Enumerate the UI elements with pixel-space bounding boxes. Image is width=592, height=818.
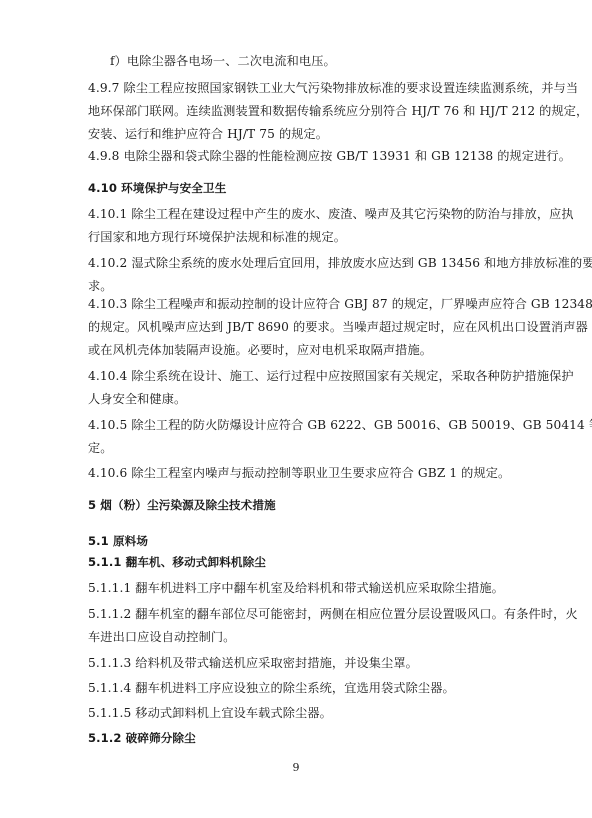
page-number: 9: [0, 761, 592, 774]
paragraph-line: f）电除尘器各电场一、二次电流和电压。: [110, 53, 336, 69]
paragraph-line: 车进出口应设自动控制门。: [88, 629, 235, 645]
section-heading: 5 烟（粉）尘污染源及除尘技术措施: [88, 497, 276, 513]
paragraph-line: 地环保部门联网。连续监测装置和数据传输系统应分别符合 HJ/T 76 和 HJ/…: [88, 103, 588, 119]
paragraph-line: 4.10.4 除尘系统在设计、施工、运行过程中应按照国家有关规定，采取各种防护措…: [88, 368, 574, 384]
paragraph-line: 4.10.3 除尘工程噪声和振动控制的设计应符合 GBJ 87 的规定，厂界噪声…: [88, 296, 592, 312]
paragraph-line: 安装、运行和维护应符合 HJ/T 75 的规定。: [88, 126, 328, 142]
paragraph-line: 行国家和地方现行环境保护法规和标准的规定。: [88, 229, 346, 245]
section-heading: 5.1.2 破碎筛分除尘: [88, 730, 196, 746]
paragraph-line: 4.10.5 除尘工程的防火防爆设计应符合 GB 6222、GB 50016、G…: [88, 417, 592, 433]
paragraph-line: 4.9.8 电除尘器和袋式除尘器的性能检测应按 GB/T 13931 和 GB …: [88, 148, 571, 164]
paragraph-line: 人身安全和健康。: [88, 391, 186, 407]
section-heading: 5.1 原料场: [88, 533, 148, 549]
paragraph-line: 求。: [88, 278, 113, 294]
paragraph-line: 的规定。风机噪声应达到 JB/T 8690 的要求。当噪声超过规定时，应在风机出…: [88, 319, 588, 335]
paragraph-line: 4.9.7 除尘工程应按照国家钢铁工业大气污染物排放标准的要求设置连续监测系统，…: [88, 80, 578, 96]
paragraph-line: 或在风机壳体加装隔声设施。必要时，应对电机采取隔声措施。: [88, 342, 432, 358]
paragraph-line: 4.10.6 除尘工程室内噪声与振动控制等职业卫生要求应符合 GBZ 1 的规定…: [88, 465, 510, 481]
paragraph-line: 4.10.2 湿式除尘系统的废水处理后宜回用，排放废水应达到 GB 13456 …: [88, 255, 592, 271]
paragraph-line: 4.10.1 除尘工程在建设过程中产生的废水、废渣、噪声及其它污染物的防治与排放…: [88, 206, 574, 222]
paragraph-line: 5.1.1.2 翻车机室的翻车部位尽可能密封，两侧在相应位置分层设置吸风口。有条…: [88, 606, 578, 622]
section-heading: 4.10 环境保护与安全卫生: [88, 180, 226, 196]
document-page: f）电除尘器各电场一、二次电流和电压。4.9.7 除尘工程应按照国家钢铁工业大气…: [0, 0, 592, 818]
paragraph-line: 5.1.1.1 翻车机进料工序中翻车机室及给料机和带式输送机应采取除尘措施。: [88, 580, 504, 596]
paragraph-line: 5.1.1.5 移动式卸料机上宜设车载式除尘器。: [88, 705, 332, 721]
section-heading: 5.1.1 翻车机、移动式卸料机除尘: [88, 554, 266, 570]
paragraph-line: 5.1.1.4 翻车机进料工序应设独立的除尘系统，宜选用袋式除尘器。: [88, 680, 455, 696]
paragraph-line: 定。: [88, 440, 113, 456]
paragraph-line: 5.1.1.3 给料机及带式输送机应采取密封措施，并设集尘罩。: [88, 655, 418, 671]
